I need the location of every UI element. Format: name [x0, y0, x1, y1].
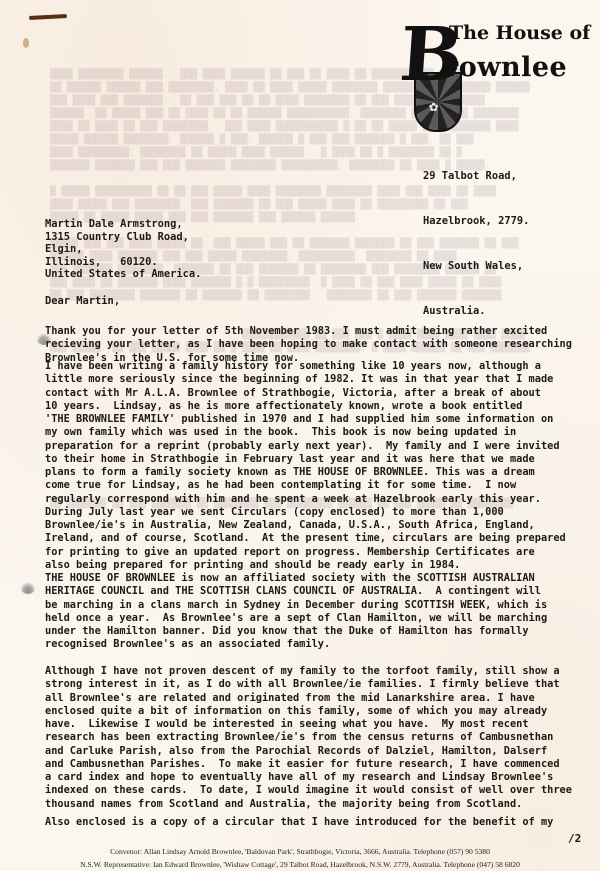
paragraph-enclosure: Also enclosed is a copy of a circular th…: [45, 816, 590, 829]
paragraph-line: for printing to give an updated report o…: [45, 546, 590, 559]
paragraph-line: THE HOUSE OF BROWNLEE is now an affiliat…: [45, 572, 590, 585]
paragraph-line: strong interest in it, as I do with all …: [45, 678, 590, 691]
recipient-address-line: 1315 Country Club Road,: [45, 231, 201, 244]
ink-stain-mark: [29, 14, 67, 20]
paragraph-line: research has been extracting Brownlee/ie…: [45, 731, 590, 744]
sender-address-line: 29 Talbot Road,: [423, 169, 529, 184]
paragraph-line: Also enclosed is a copy of a circular th…: [45, 816, 590, 829]
paragraph-line: recieving your letter, as I have been ho…: [45, 338, 590, 351]
paragraph-line: regularly correspond with him and he spe…: [45, 493, 590, 506]
paragraph-line: thousand names from Scotland and Austral…: [45, 798, 590, 811]
paragraph-line: held once a year. As Brownlee's are a se…: [45, 612, 590, 625]
recipient-address-line: Illinois, 60120.: [45, 256, 201, 269]
paragraph-line: under the Hamilton banner. Did you know …: [45, 625, 590, 638]
salutation: Dear Martin,: [45, 295, 120, 307]
paragraph-affiliation: THE HOUSE OF BROWNLEE is now an affiliat…: [45, 572, 590, 652]
paragraph-line: I have been writing a family history for…: [45, 360, 590, 373]
letterhead-the-house-of: The House of: [449, 22, 590, 44]
paragraph-line: and Carluke Parish, also from the Paroch…: [45, 745, 590, 758]
sender-address-line: Australia.: [423, 304, 529, 319]
celtic-knot-icon: ✿: [429, 99, 438, 114]
paragraph-line: 'THE BROWNLEE FAMILY' published in 1970 …: [45, 413, 590, 426]
paragraph-line: preparation for a reprint (probably earl…: [45, 440, 590, 453]
recipient-address-line: United States of America.: [45, 268, 201, 281]
paragraph-line: my own family which was used in the book…: [45, 426, 590, 439]
paragraph-line: also being prepared for printing and sho…: [45, 559, 590, 572]
letterhead-name: rownlee: [444, 52, 567, 83]
paragraph-intro: Thank you for your letter of 5th Novembe…: [45, 325, 590, 365]
recipient-address: Martin Dale Armstrong, 1315 Country Club…: [45, 218, 201, 281]
sender-address-line: New South Wales,: [423, 259, 529, 274]
paragraph-line: 10 years. Lindsay, as he is more affecti…: [45, 400, 590, 413]
paragraph-line: HERITAGE COUNCIL and THE SCOTTISH CLANS …: [45, 585, 590, 598]
footer-nsw-representative: N.S.W. Representative: Ian Edward Brownl…: [0, 860, 600, 869]
paragraph-line: indexed on these cards. To date, I would…: [45, 784, 590, 797]
sender-address: 29 Talbot Road, Hazelbrook, 2779. New So…: [423, 139, 529, 349]
paragraph-line: come true for Lindsay, as he had been co…: [45, 479, 590, 492]
paragraph-line: a card index and hope to eventually have…: [45, 771, 590, 784]
paragraph-line: Although I have not proven descent of my…: [45, 665, 590, 678]
paragraph-research: Although I have not proven descent of my…: [45, 665, 590, 811]
page-number: /2: [568, 832, 581, 845]
sender-address-line: Hazelbrook, 2779.: [423, 214, 529, 229]
paragraph-line: recognised Brownlee's as an associated f…: [45, 638, 590, 651]
recipient-address-line: Martin Dale Armstrong,: [45, 218, 201, 231]
paragraph-line: Thank you for your letter of 5th Novembe…: [45, 325, 590, 338]
punch-hole: [20, 582, 36, 594]
paragraph-line: little more seriously since the beginnin…: [45, 373, 590, 386]
paragraph-line: enclosed quite a bit of information on t…: [45, 705, 590, 718]
paragraph-line: to their home in Strathbogie in February…: [45, 453, 590, 466]
paragraph-family-history: I have been writing a family history for…: [45, 360, 590, 572]
paragraph-line: Brownlee/ie's in Australia, New Zealand,…: [45, 519, 590, 532]
paragraph-line: and Cambusnethan Parishes. To make it ea…: [45, 758, 590, 771]
letter-page: ████ ████████ ██████. ███ ████ ██████ ██…: [0, 0, 600, 871]
paragraph-line: contact with Mr A.L.A. Brownlee of Strat…: [45, 387, 590, 400]
letterhead-logo: ✿ B The House of rownlee: [392, 8, 592, 138]
paragraph-line: be marching in a clans march in Sydney i…: [45, 599, 590, 612]
paragraph-line: plans to form a family society known as …: [45, 466, 590, 479]
recipient-address-line: Elgin,: [45, 243, 201, 256]
paragraph-line: Ireland, and of course, Scotland. At the…: [45, 532, 590, 545]
paragraph-line: all Brownlee's are related and originate…: [45, 692, 590, 705]
paragraph-line: During July last year we sent Circulars …: [45, 506, 590, 519]
paper-blot-mark: [23, 38, 29, 48]
footer-convenor: Convenor: Allan Lindsay Arnold Brownlee,…: [0, 847, 600, 856]
paragraph-line: have. Likewise I would be interested in …: [45, 718, 590, 731]
